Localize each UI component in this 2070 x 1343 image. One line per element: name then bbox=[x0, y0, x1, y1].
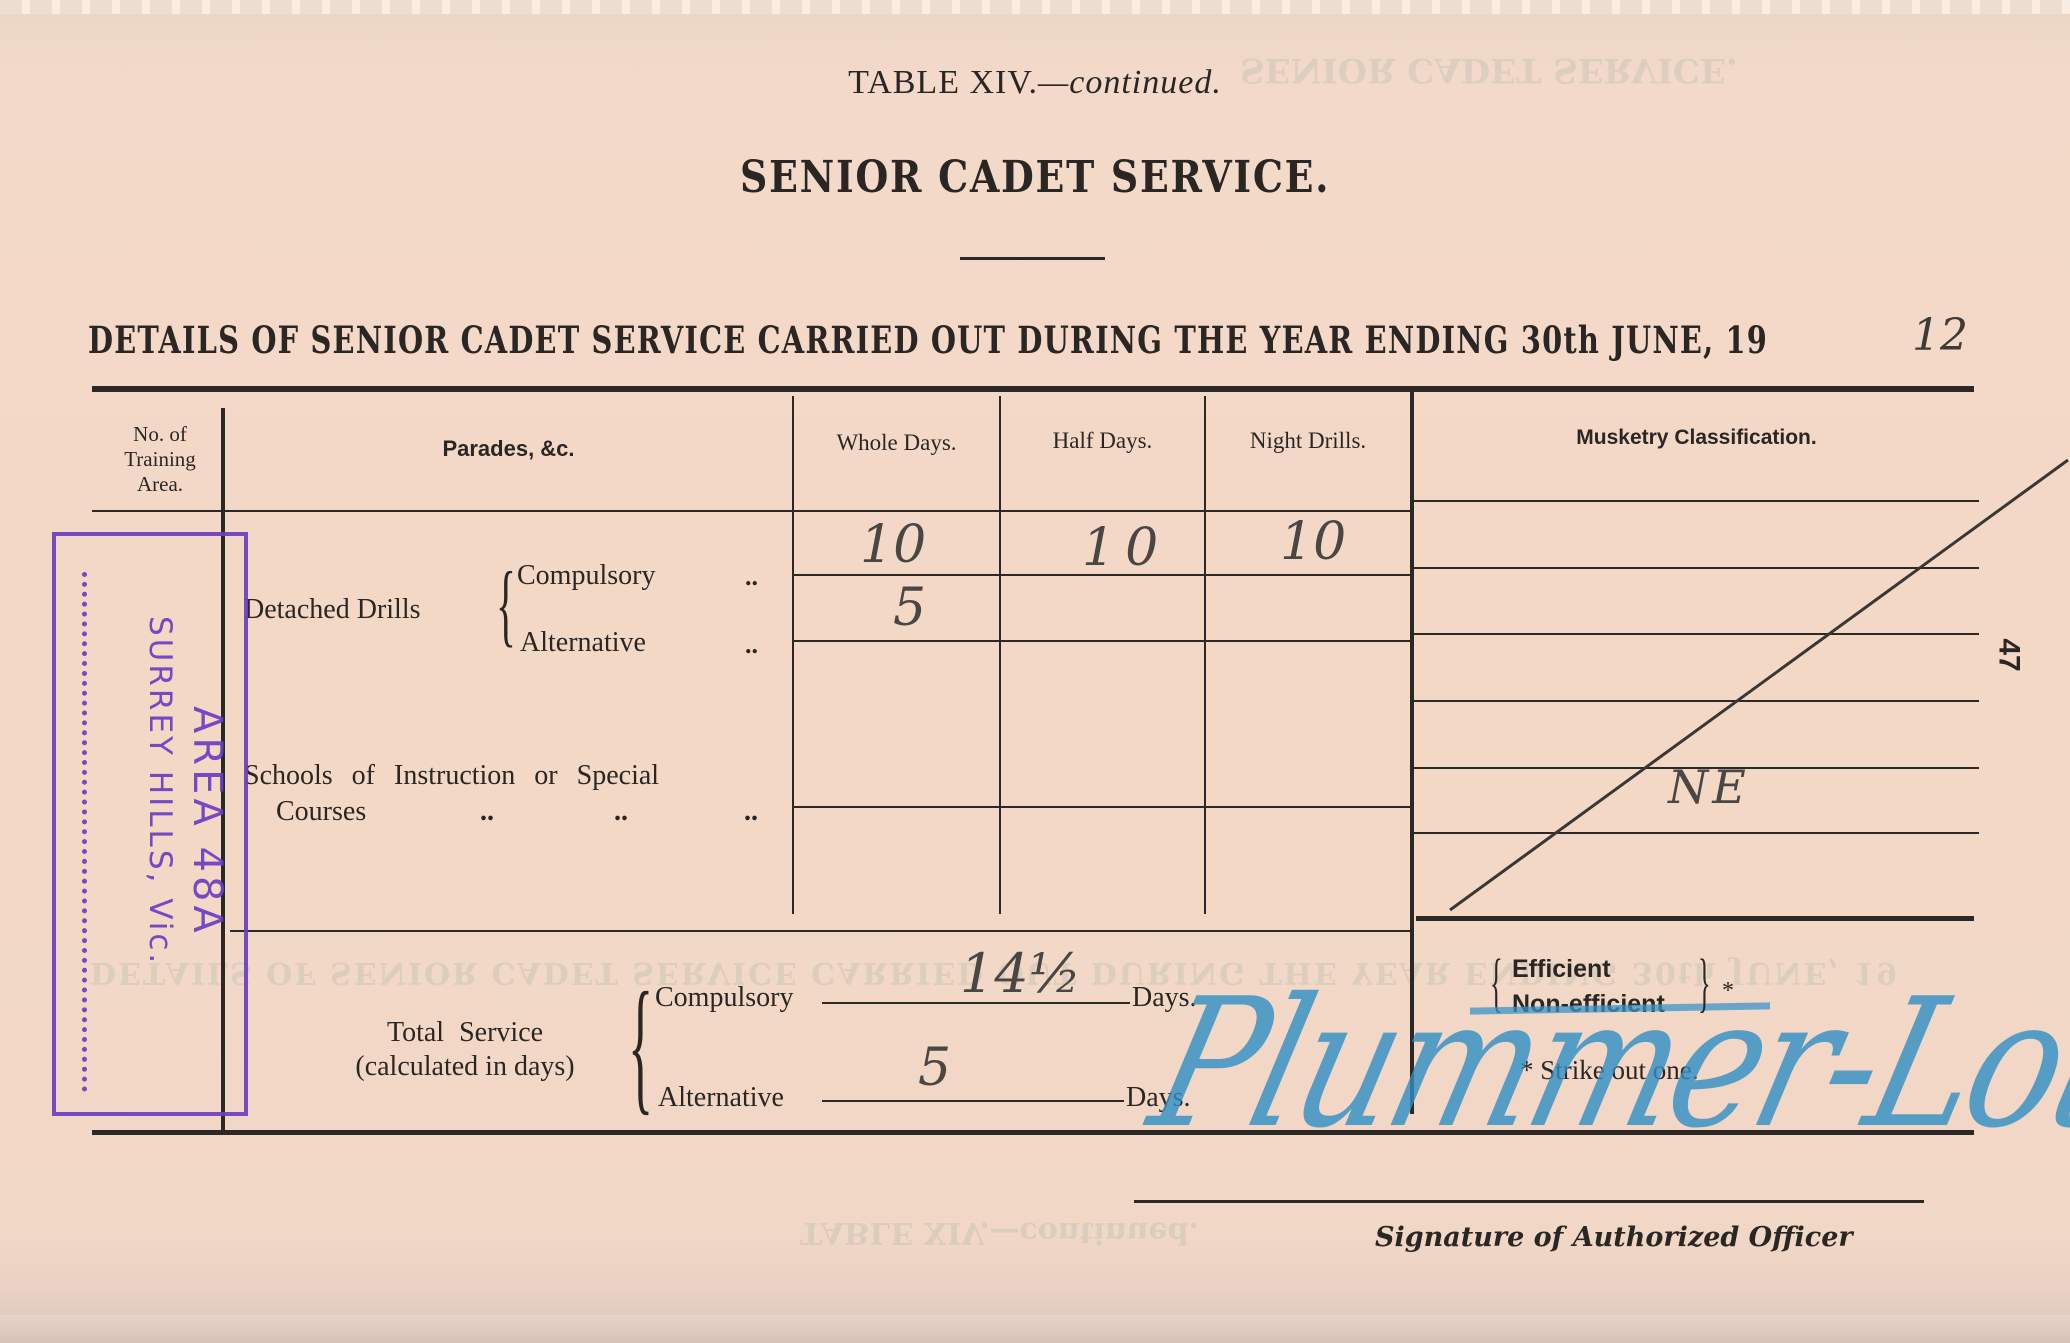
parades-bottom-rule bbox=[230, 930, 1410, 932]
page-bottom-edge bbox=[0, 1315, 2070, 1343]
alternative-whole-days-value[interactable]: 5 bbox=[893, 578, 926, 638]
table-ref-number: TABLE XIV. bbox=[848, 64, 1038, 101]
stamp-line-location: SURREY HILLS, Vic. bbox=[142, 616, 178, 966]
row-rule-alternative bbox=[792, 640, 1410, 642]
handwritten-signature[interactable]: Plummer-Lott bbox=[1134, 960, 2070, 1167]
detached-drills-label: Detached Drills bbox=[244, 594, 421, 626]
bleed-through-text: TABLE XIV.—continued. bbox=[800, 1215, 1199, 1250]
table-top-rule bbox=[92, 386, 1974, 392]
alternative-label: Alternative bbox=[520, 627, 646, 659]
signature-line bbox=[1134, 1200, 1924, 1203]
total-compulsory-value[interactable]: 14½ bbox=[960, 942, 1081, 1005]
compulsory-whole-days-value[interactable]: 10 bbox=[860, 515, 926, 575]
handwritten-year: 12 bbox=[1912, 310, 1968, 361]
title-underline bbox=[960, 257, 1105, 260]
table-ref-suffix: —continued. bbox=[1038, 64, 1222, 101]
row-rule-schools bbox=[792, 806, 1410, 808]
compulsory-label: Compulsory bbox=[517, 560, 655, 592]
signature-caption: Signature of Authorized Officer bbox=[1375, 1222, 1853, 1253]
alternative-leader-dots: .. bbox=[745, 630, 758, 660]
night-drills-divider bbox=[1204, 396, 1206, 914]
header-night-drills: Night Drills. bbox=[1206, 428, 1410, 454]
musketry-strike-line bbox=[1400, 440, 2070, 920]
details-heading: DETAILS OF SENIOR CADET SERVICE CARRIED … bbox=[88, 318, 2070, 362]
detached-drills-brace: { bbox=[496, 558, 516, 650]
total-service-brace: { bbox=[628, 970, 653, 1120]
page-title: SENIOR CADET SERVICE. bbox=[0, 152, 2070, 203]
total-alternative-value[interactable]: 5 bbox=[918, 1038, 951, 1098]
table-reference: TABLE XIV.—continued. bbox=[0, 64, 2070, 102]
area-stamp: AREA 48A SURREY HILLS, Vic. bbox=[52, 532, 248, 1116]
total-service-label: Total Service (calculated in days) bbox=[290, 1016, 640, 1084]
page-number: 47 bbox=[1992, 638, 2026, 671]
header-half-days: Half Days. bbox=[1001, 428, 1204, 454]
musketry-entry[interactable]: NE bbox=[1668, 760, 1750, 814]
header-parades: Parades, &c. bbox=[225, 436, 792, 462]
half-days-divider bbox=[999, 396, 1001, 914]
compulsory-night-drills-value[interactable]: 10 bbox=[1280, 512, 1346, 572]
header-bottom-rule bbox=[92, 510, 1410, 512]
whole-days-divider bbox=[792, 396, 794, 914]
total-compulsory-label: Compulsory bbox=[655, 982, 793, 1014]
total-alternative-fill-line bbox=[822, 1100, 1124, 1102]
compulsory-half-days-value[interactable]: 10 bbox=[1082, 518, 1168, 578]
page-top-edge bbox=[0, 0, 2070, 14]
compulsory-leader-dots: .. bbox=[745, 562, 758, 592]
schools-label-line2: Courses .. .. .. bbox=[244, 794, 784, 830]
header-training-area: No. of Training Area. bbox=[100, 422, 220, 497]
stamp-line-area: AREA 48A bbox=[184, 706, 230, 937]
schools-label: Schools of Instruction or Special Course… bbox=[244, 758, 784, 830]
header-whole-days: Whole Days. bbox=[794, 430, 999, 456]
stamp-dotted-line bbox=[82, 572, 87, 1092]
total-alternative-label: Alternative bbox=[658, 1082, 784, 1114]
